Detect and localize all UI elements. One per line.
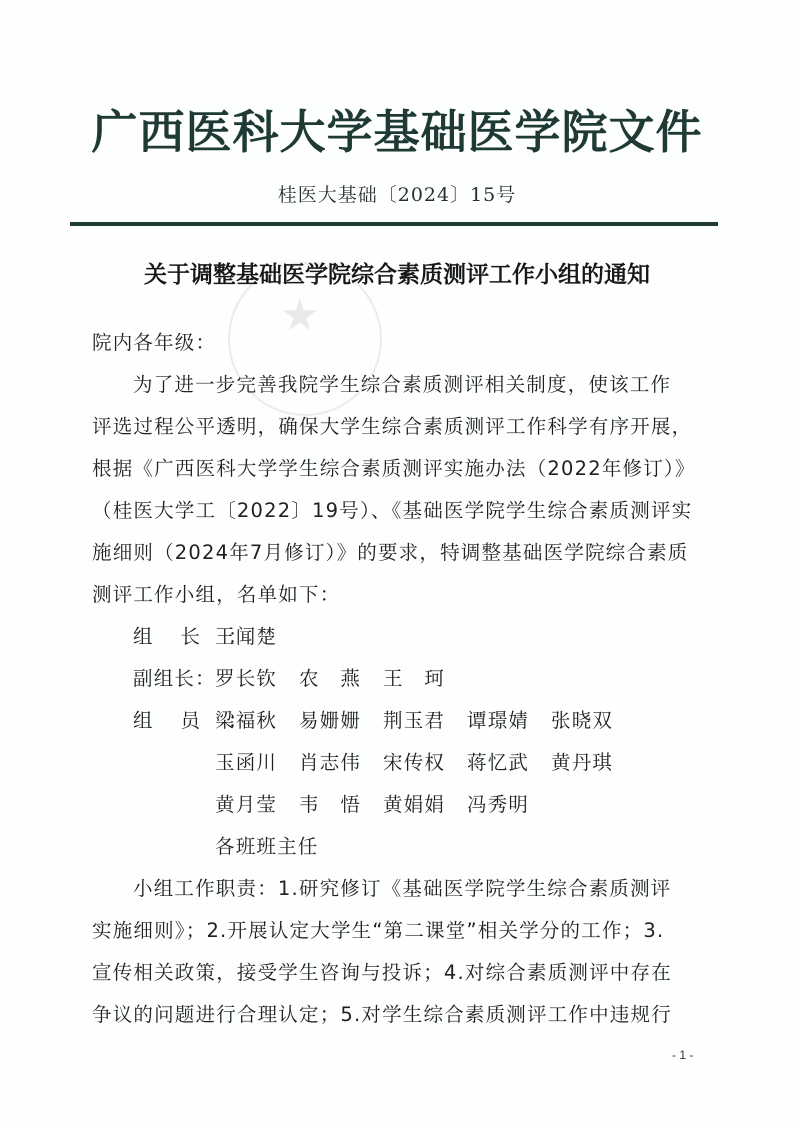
paragraph-2-line: 宣传相关政策，接受学生咨询与投诉；4.对综合素质测评中存在 xyxy=(92,952,704,994)
document-page: ★ 广西医科大学基础医学院文件 桂医大基础〔2024〕15号 关于调整基础医学院… xyxy=(0,0,794,1123)
deputy-leader-row: 副组长： 罗长钦 农 燕 王 珂 xyxy=(92,658,704,700)
member-name: 梁福秋 xyxy=(215,700,299,742)
deputy-leader-label: 副组长： xyxy=(133,658,215,700)
page-number: - 1 - xyxy=(672,1048,693,1062)
members-row-continued: 各班班主任 xyxy=(215,826,704,868)
member-name: 张晓双 xyxy=(551,700,635,742)
member-name: 肖志伟 xyxy=(299,742,383,784)
member-name: 罗长钦 xyxy=(215,658,299,700)
member-name: 王闻楚 xyxy=(215,616,299,658)
paragraph-2-line: 小组工作职责：1.研究修订《基础医学院学生综合素质测评 xyxy=(92,868,704,910)
paragraph-1-line: 评选过程公平透明，确保大学生综合素质测评工作科学有序开展， xyxy=(92,406,704,448)
paragraph-2-line: 争议的问题进行合理认定；5.对学生综合素质测评工作中违规行 xyxy=(92,994,704,1036)
header-divider xyxy=(70,222,718,226)
members-row: 组员： 梁福秋 易姗姗 荆玉君 谭璟婧 张晓双 xyxy=(92,700,704,742)
leader-label: 组长： xyxy=(133,616,215,658)
member-name: 黄娟娟 xyxy=(383,784,467,826)
paragraph-1-line: 根据《广西医科大学学生综合素质测评实施办法（2022年修订）》 xyxy=(92,448,704,490)
member-name: 玉函川 xyxy=(215,742,299,784)
member-name: 宋传权 xyxy=(383,742,467,784)
paragraph-1-line: 施细则（2024年7月修订）》的要求，特调整基础医学院综合素质 xyxy=(92,532,704,574)
member-name: 黄月莹 xyxy=(215,784,299,826)
paragraph-1-line: 测评工作小组，名单如下： xyxy=(92,574,704,616)
document-number: 桂医大基础〔2024〕15号 xyxy=(0,180,794,207)
members-label: 组员： xyxy=(133,700,215,742)
paragraph-2-line: 实施细则》；2.开展认定大学生“第二课堂”相关学分的工作；3. xyxy=(92,910,704,952)
member-name: 冯秀明 xyxy=(467,784,551,826)
members-row-continued: 玉函川 肖志伟 宋传权 蒋忆武 黄丹琪 xyxy=(215,742,704,784)
member-name: 各班班主任 xyxy=(215,826,319,868)
document-header-title: 广西医科大学基础医学院文件 xyxy=(0,96,794,162)
salutation: 院内各年级： xyxy=(92,322,704,364)
paragraph-1-line: （桂医大学工〔2022〕19号）、《基础医学院学生综合素质测评实 xyxy=(92,490,704,532)
document-body: 院内各年级： 为了进一步完善我院学生综合素质测评相关制度，使该工作 评选过程公平… xyxy=(92,322,704,1036)
member-name: 韦 悟 xyxy=(299,784,383,826)
member-name: 蒋忆武 xyxy=(467,742,551,784)
leader-row: 组长： 王闻楚 xyxy=(92,616,704,658)
member-name: 农 燕 xyxy=(299,658,383,700)
member-name: 易姗姗 xyxy=(299,700,383,742)
member-name: 荆玉君 xyxy=(383,700,467,742)
paragraph-1-line: 为了进一步完善我院学生综合素质测评相关制度，使该工作 xyxy=(92,364,704,406)
member-name: 黄丹琪 xyxy=(551,742,635,784)
member-name: 谭璟婧 xyxy=(467,700,551,742)
notice-title: 关于调整基础医学院综合素质测评工作小组的通知 xyxy=(0,256,794,289)
members-row-continued: 黄月莹 韦 悟 黄娟娟 冯秀明 xyxy=(215,784,704,826)
member-name: 王 珂 xyxy=(383,658,467,700)
